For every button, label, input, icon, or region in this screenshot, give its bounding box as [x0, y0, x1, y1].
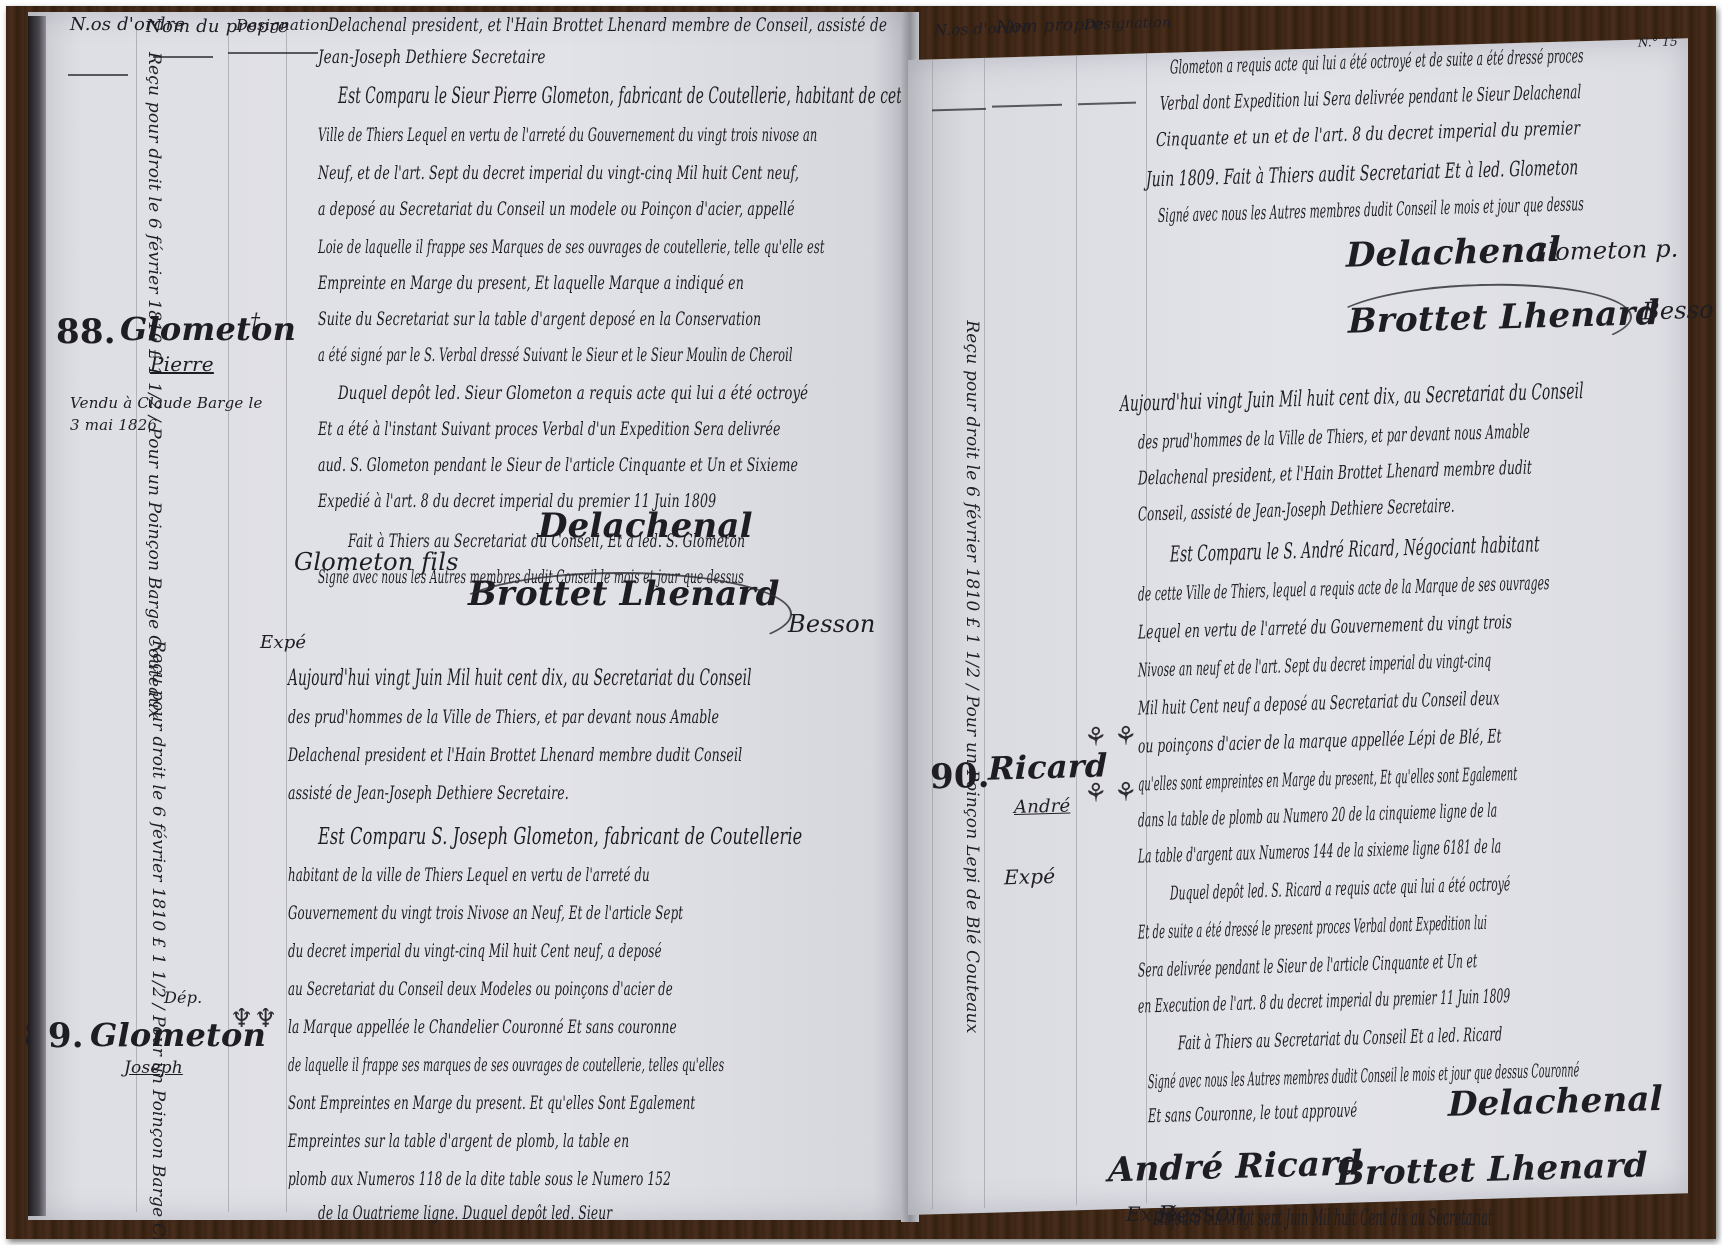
header-underline: [68, 74, 128, 76]
text-line: Verbal dont Expedition lui Sera delivrée…: [1160, 81, 1581, 115]
text-line: en Execution de l'art. 8 du decret imper…: [1138, 985, 1510, 1017]
text-line: Est Comparu S. Joseph Glometon, fabrican…: [318, 824, 802, 850]
text-line: Lequel en vertu de l'arreté du Gouvernem…: [1138, 611, 1512, 643]
text-line: Delachenal president et l'Hain Brottet L…: [288, 744, 742, 766]
deposit-mark: Dép.: [164, 988, 202, 1007]
fee-vertical-note: Reçu pour droit le 6 février 1810 £ 1 1/…: [148, 640, 168, 920]
page-number: N.° 15: [1638, 34, 1678, 49]
left-page: N.os d'ordre Nom du propre Designation D…: [28, 12, 908, 1220]
column-rule: [984, 58, 985, 1208]
text-line: de laquelle il frappe ses marques de ses…: [288, 1054, 724, 1076]
signature-flourish: [448, 572, 792, 656]
text-line: Duquel depôt led. Sieur Glometon a requi…: [338, 382, 808, 404]
column-rule: [286, 22, 287, 1212]
signature: Besson: [788, 610, 876, 638]
text-line: Juin 1809. Fait à Thiers audit Secretari…: [1146, 155, 1578, 191]
text-line: du decret imperial du vingt-cinq Mil hui…: [288, 940, 662, 962]
text-line: Mil huit Cent neuf a deposé au Secretari…: [1138, 687, 1500, 719]
fee-vertical-note: Reçu pour droit le 6 février 1810 £ 1 1/…: [144, 52, 164, 292]
text-line: Signé avec nous les Autres membres dudit…: [1158, 193, 1584, 227]
chandelier-mark-icon: ♆: [230, 1004, 253, 1034]
text-line: des prud'hommes de la Ville de Thiers, e…: [1138, 421, 1530, 454]
text-line: Gouvernement du vingt trois Nivose an Ne…: [288, 902, 683, 924]
text-line: dans la table de plomb au Numero 20 de l…: [1138, 800, 1497, 832]
fee-vertical-note: Reçu pour droit le 6 février 1810 £ 1 1/…: [962, 320, 982, 651]
text-line: Aujourd'hui vingt sept Juin Mil huit Cen…: [1156, 1206, 1493, 1231]
header-underline: [1078, 102, 1136, 106]
text-line: ou poinçons d'acier de la marque appellé…: [1138, 725, 1502, 757]
chandelier-mark-icon: ♆: [254, 1004, 277, 1034]
text-line: Est Comparu le Sieur Pierre Glometon, fa…: [338, 84, 916, 109]
wheat-ear-mark-icon: ⚘: [1084, 722, 1107, 753]
text-line: Jean-Joseph Dethiere Secretaire: [318, 46, 546, 68]
text-line: de cette Ville de Thiers, lequel a requi…: [1138, 572, 1550, 605]
text-line: des prud'hommes de la Ville de Thiers, e…: [288, 706, 719, 728]
text-line: Ville de Thiers Lequel en vertu de l'arr…: [318, 124, 817, 146]
maker-mark-icon: †: [250, 308, 260, 332]
text-line: de la Ouatrieme ligne. Duquel depôt led.…: [318, 1202, 612, 1224]
expedie-mark: Expé: [260, 632, 306, 653]
column-rule: [932, 59, 933, 1209]
signature: André Ricard: [1108, 1143, 1362, 1190]
entry-given-name: Joseph: [124, 1058, 183, 1078]
text-line: Empreintes sur la table d'argent de plom…: [288, 1130, 629, 1152]
text-line: Delachenal president, et l'Hain Brottet …: [328, 14, 887, 36]
text-line: aud. S. Glometon pendant le Sieur de l'a…: [318, 454, 798, 476]
wheat-ear-mark-icon: ⚘: [1084, 778, 1107, 809]
text-line: au Secretariat du Conseil deux Modeles o…: [288, 978, 673, 1000]
text-line: Aujourd'hui vingt Juin Mil huit cent dix…: [288, 666, 752, 691]
text-line: Est Comparu le S. André Ricard, Négocian…: [1170, 532, 1540, 567]
entry-number: 88.: [56, 312, 116, 352]
photo-frame: N.os d'ordre Nom du propre Designation D…: [6, 6, 1716, 1239]
text-line: Neuf, et de l'art. Sept du decret imperi…: [318, 162, 799, 184]
right-page: N.os d'ordre Nom propre Designation N.° …: [908, 38, 1688, 1215]
book-binding: [28, 16, 46, 1216]
text-line: Sera delivrée pendant le Sieur de l'arti…: [1138, 950, 1477, 981]
wheat-ear-mark-icon: ⚘: [1114, 778, 1137, 809]
sale-margin-note: Vendu à Claude Barge le 3 mai 1826: [70, 392, 270, 436]
text-line: assisté de Jean-Joseph Dethiere Secretai…: [288, 782, 569, 804]
text-line: Cinquante et un et de l'art. 8 du decret…: [1156, 117, 1580, 151]
signature: Glometon p.: [1528, 234, 1679, 266]
text-line: La table d'argent aux Numeros 144 de la …: [1138, 835, 1501, 867]
text-line: Glometon a requis acte qui lui a été oct…: [1170, 45, 1584, 79]
text-line: Aujourd'hui vingt Juin Mil huit cent dix…: [1120, 379, 1584, 417]
text-line: Suite du Secretariat sur la table d'arge…: [318, 308, 761, 330]
signature: Brottet Lhenard: [1336, 1145, 1648, 1194]
header-underline: [228, 52, 318, 54]
text-line: Empreinte en Marge du present, Et laquel…: [318, 272, 744, 294]
text-line: Sont Empreintes en Marge du present. Et …: [288, 1092, 695, 1114]
expedie-mark: Expé: [1004, 864, 1055, 889]
text-line: la Marque appellée le Chandelier Couronn…: [288, 1016, 677, 1038]
signature: Glometon fils: [294, 548, 459, 576]
text-line: qu'elles sont empreintes en Marge du pre…: [1138, 763, 1517, 796]
text-line: plomb aux Numeros 118 de la dite table s…: [288, 1168, 671, 1190]
text-line: Fait à Thiers au Secretariat du Conseil …: [1178, 1023, 1502, 1054]
wheat-ear-mark-icon: ⚘: [1114, 722, 1137, 753]
signature-flourish: [1328, 280, 1632, 362]
text-line: Duquel depôt led. S. Ricard a requis act…: [1170, 873, 1510, 905]
header-underline: [932, 108, 986, 112]
signature: Delachenal: [1448, 1079, 1663, 1125]
text-line: Et a été à l'instant Suivant proces Verb…: [318, 418, 781, 440]
text-line: Loie de laquelle il frappe ses Marques d…: [318, 236, 825, 258]
entry-number: 90.: [930, 756, 990, 798]
text-line: Nivose an neuf et de l'art. Sept du decr…: [1138, 650, 1491, 682]
column-header-designation: Designation: [1084, 15, 1171, 33]
header-underline: [992, 104, 1062, 108]
text-line: Et sans Couronne, le tout approuvé: [1148, 1099, 1357, 1127]
signature: Besson: [1642, 295, 1716, 325]
text-line: Et de suite a été dressé le present proc…: [1138, 912, 1487, 944]
text-line: a été signé par le S. Verbal dressé Suiv…: [318, 344, 793, 366]
column-header-designation: Designation: [236, 16, 329, 34]
signature: Delachenal: [538, 506, 753, 546]
text-line: Conseil, assisté de Jean-Joseph Dethiere…: [1138, 495, 1455, 526]
entry-given-name: André: [1014, 795, 1070, 818]
text-line: Delachenal president, et l'Hain Brottet …: [1138, 457, 1532, 490]
text-line: habitant de la ville de Thiers Lequel en…: [288, 864, 650, 886]
column-rule: [1076, 55, 1077, 1205]
text-line: a deposé au Secretariat du Conseil un mo…: [318, 198, 795, 220]
